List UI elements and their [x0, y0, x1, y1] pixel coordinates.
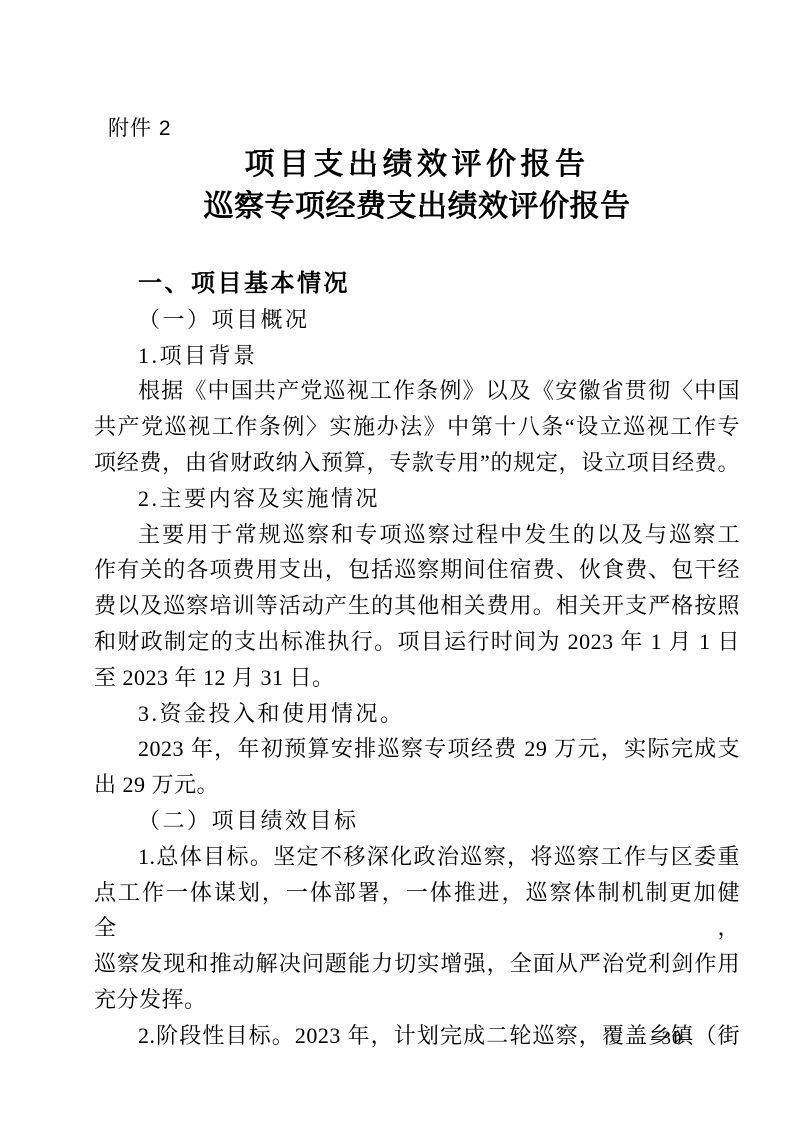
- section-heading: 一、项目基本情况: [94, 266, 740, 302]
- paragraph-line: 1.总体目标。坚定不移深化政治巡察，将巡察工作与区委重: [94, 839, 740, 875]
- page-number: –30–: [651, 1028, 693, 1050]
- document-title-line-2: 巡察专项经费支出绩效评价报告: [94, 186, 740, 228]
- paragraph-line: 巡察发现和推动解决问题能力切实增强，全面从严治党利剑作用: [94, 946, 740, 982]
- document-title-line-1: 项目支出绩效评价报告: [94, 144, 740, 186]
- document-body: 一、项目基本情况 （一）项目概况 1.项目背景 根据《中国共产党巡视工作条例》以…: [94, 266, 740, 1054]
- paragraph-line: 共产党巡视工作条例〉实施办法》中第十八条“设立巡视工作专: [94, 409, 740, 445]
- paragraph-line: 费以及巡察培训等活动产生的其他相关费用。相关开支严格按照: [94, 588, 740, 624]
- paragraph-line: 2.阶段性目标。2023 年，计划完成二轮巡察，覆盖乡镇（街: [94, 1018, 740, 1054]
- subsection-heading: （二）项目绩效目标: [94, 803, 740, 839]
- paragraph-line: 充分发挥。: [94, 982, 740, 1018]
- paragraph-line: 项经费，由省财政纳入预算，专款专用”的规定，设立项目经费。: [94, 445, 740, 481]
- document-title: 项目支出绩效评价报告 巡察专项经费支出绩效评价报告: [94, 144, 740, 228]
- item-heading: 2.主要内容及实施情况: [94, 481, 740, 517]
- attachment-label: 附件 2: [94, 116, 740, 142]
- paragraph-line: 作有关的各项费用支出，包括巡察期间住宿费、伙食费、包干经: [94, 552, 740, 588]
- item-heading: 3.资金投入和使用情况。: [94, 696, 740, 732]
- paragraph-line: 主要用于常规巡察和专项巡察过程中发生的以及与巡察工: [94, 517, 740, 553]
- paragraph-line: 根据《中国共产党巡视工作条例》以及《安徽省贯彻〈中国: [94, 373, 740, 409]
- paragraph-line: 出 29 万元。: [94, 767, 740, 803]
- paragraph-line: 点工作一体谋划，一体部署，一体推进，巡察体制机制更加健全，: [94, 875, 740, 947]
- document-page: 附件 2 项目支出绩效评价报告 巡察专项经费支出绩效评价报告 一、项目基本情况 …: [0, 0, 793, 1122]
- paragraph-line: 和财政制定的支出标准执行。项目运行时间为 2023 年 1 月 1 日: [94, 624, 740, 660]
- subsection-heading: （一）项目概况: [94, 302, 740, 338]
- item-heading: 1.项目背景: [94, 338, 740, 374]
- paragraph-line: 至 2023 年 12 月 31 日。: [94, 660, 740, 696]
- paragraph-line: 2023 年，年初预算安排巡察专项经费 29 万元，实际完成支: [94, 731, 740, 767]
